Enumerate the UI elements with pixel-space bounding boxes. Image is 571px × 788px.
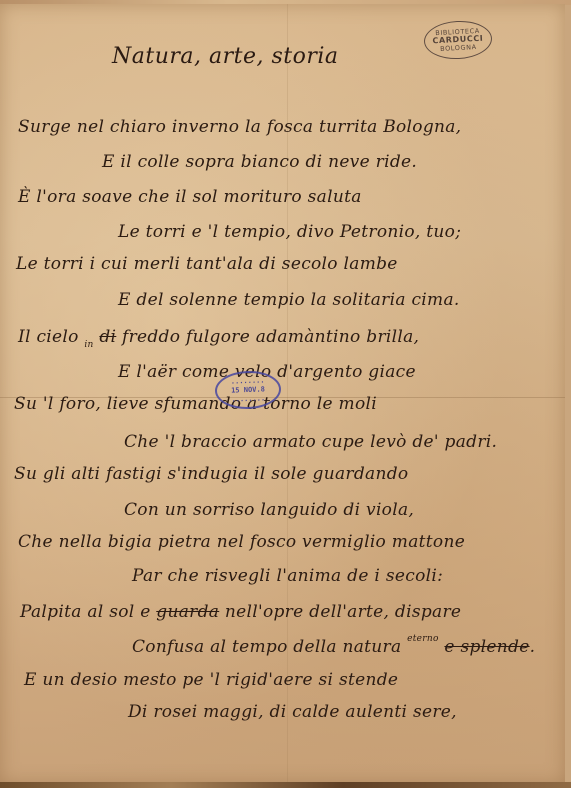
verse-line: Palpita al sol e guarda nell'opre dell'a… [20,602,461,622]
library-stamp: BIBLIOTECA CARDUCCI BOLOGNA [423,19,493,61]
poem-title: Natura, arte, storia [112,44,339,69]
struck-word: di [99,327,116,347]
verse-line: Par che risvegli l'anima de i secoli: [132,566,443,586]
verse-line: Confusa al tempo della natura eterno e s… [132,637,535,657]
verse-line: Le torri e 'l tempio, divo Petronio, tuo… [118,222,461,242]
verse-line: E un desio mesto pe 'l rigid'aere si ste… [24,670,398,690]
verse-text: Il cielo [18,327,79,347]
verse-line: Su 'l foro, lieve sfumando a torno le mo… [14,394,377,414]
insertion: eterno [407,634,439,644]
verse-text: freddo fulgore adamàntino brilla, [116,327,419,347]
verse-text: Palpita al sol e [20,602,156,622]
verse-line: Che nella bigia pietra nel fosco vermigl… [18,532,465,552]
verse-line: E il colle sopra bianco di neve ride. [102,152,417,172]
verse-line: È l'ora soave che il sol moriturо saluta [18,187,362,207]
verse-line: Con un sorriso languido di viola, [124,500,414,520]
verse-text: . [530,637,536,657]
struck-word: guarda [156,602,219,622]
verse-line: Surge nel chiaro inverno la fosca turrit… [18,117,461,137]
verse-line: Su gli alti fastigi s'indugia il sole gu… [14,464,408,484]
verse-line: Che 'l braccio armato cupe levò de' padr… [124,432,497,452]
verse-line: Di rosei maggi, di calde aulenti sere, [128,702,457,722]
verse-text: Confusa al tempo della natura [132,637,407,657]
insertion: in [84,340,93,350]
paper-bottom-edge [0,782,571,788]
verse-line: Il cielo in di freddo fulgore adamàntino… [18,327,419,347]
stamp-line: ........ [231,394,265,404]
stamp-line: BOLOGNA [440,43,477,53]
verse-text: nell'opre dell'arte, dispare [219,602,461,622]
verse-line: Le torri i cui merli tant'ala di secolo … [16,254,398,274]
verse-line: E del solenne tempio la solitaria cima. [118,290,460,310]
struck-word: e splende [444,637,529,657]
manuscript-page: BIBLIOTECA CARDUCCI BOLOGNA Natura, arte… [0,4,565,784]
